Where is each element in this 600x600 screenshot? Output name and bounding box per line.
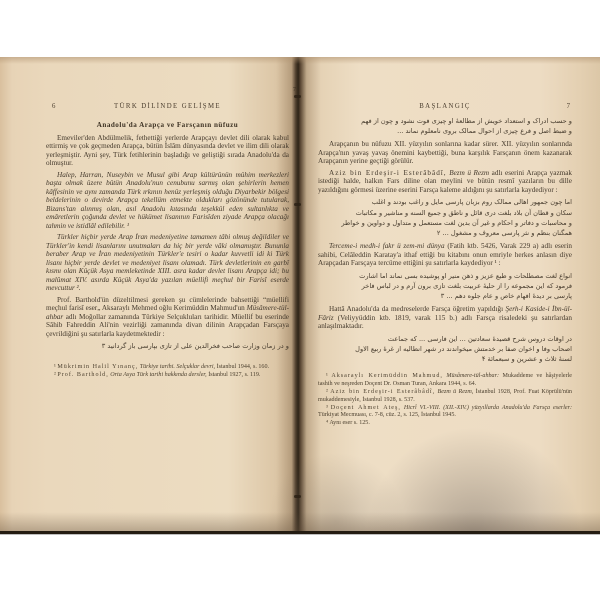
footnote-author: Aziz bin Erdeşir-i Esterâbâdî, xyxy=(330,389,435,395)
persian-quote-block-rum: اما چون جمهور اهالی ممالک روم بزبان پارس… xyxy=(318,197,572,238)
right-footnotes: ¹ Aksaraylı Kerimüddin Mahmud, Müsâmere-… xyxy=(318,373,572,428)
footnote-title: Türkiye tarihi. Selçuklar devri, xyxy=(140,364,215,370)
binding-thread-icon xyxy=(294,95,301,98)
paragraph-quotation-1: Halep, Harran, Nuseybin ve Musul gibi Ar… xyxy=(46,171,289,230)
persian-line: سکان و قطان آن بلاد بلغت دری قائل و ناطق… xyxy=(318,208,572,218)
footnote: ² Prof. Barthold, Orta Asya Türk tarihi … xyxy=(46,372,289,380)
cited-book-title: Bezm ü Rezm xyxy=(449,169,489,177)
persian-quote-line: و در زمان وزارت صاحب فخرالدین علی از تاز… xyxy=(46,341,289,351)
paragraph-text: Hattâ Anadolu'da da medreselerde Farsça … xyxy=(329,305,503,313)
left-running-title: TÜRK DİLİNDE GELİŞME xyxy=(114,103,221,110)
paragraph-intro: Emeviler'den Abdülmelik, fethettiği yerl… xyxy=(46,134,289,168)
footnote-title: Hicrî VI.-VIII. (XII.-XIV.) yüzyıllarda … xyxy=(404,405,572,411)
persian-line: فرمود که این مجموعه را از حلیهٔ عربیت بل… xyxy=(318,281,572,291)
paragraph-hatta: Hattâ Anadolu'da da medreselerde Farsça … xyxy=(318,305,572,330)
right-page-number: 7 xyxy=(567,103,570,110)
persian-line: اما چون جمهور اهالی ممالک روم بزبان پارس… xyxy=(318,197,572,207)
persian-line: لسنهٔ ثلاث و عشرین و سبعمائة ۴ xyxy=(318,354,572,364)
footnote-text: İstanbul 1927, s. 119. xyxy=(208,372,260,378)
footnote: ¹ Mükrimin Halil Yınanç, Türkiye tarihi.… xyxy=(46,364,289,372)
persian-line: اصحاب وفا و اخوان صفا بر خدمتش میخواندند… xyxy=(318,344,572,354)
persian-quote-block-top: و حسب ادراک و استعداد خویش از مطالعهٔ او… xyxy=(318,116,572,136)
footnote-marker: ¹ xyxy=(54,364,56,370)
footnote-author: Mükrimin Halil Yınanç, xyxy=(57,364,138,370)
footnote-title: Müsâmere-tül-ahbar: xyxy=(446,373,499,379)
footnote: ⁴ Aynı eser s. 125. xyxy=(318,420,572,428)
cited-book-title: Terceme-i medh-i fakr ü zem-mi dünya xyxy=(329,242,445,250)
footnote: ² Aziz bin Erdeşir-i Esterâbâdî, Bezm ü … xyxy=(318,389,572,405)
persian-line: انواع لغت مصطلحات و طبع عزیز و ذهن منیر … xyxy=(318,271,572,281)
persian-line: و ضبط اصل و فرع چیزی از احوال ممالک بروی… xyxy=(318,126,572,136)
persian-quote-block-enva: انواع لغت مصطلحات و طبع عزیز و ذهن منیر … xyxy=(318,271,572,302)
paragraph-terceme: Terceme-i medh-i fakr ü zem-mi dünya (Fa… xyxy=(318,242,572,267)
binding-thread-icon xyxy=(294,203,301,206)
persian-quote-block-ders: در اوقات دروس شرح قصیدهٔ سعادتین ... این… xyxy=(318,334,572,365)
section-heading: Anadolu'da Arapça ve Farsçanın nüfuzu xyxy=(46,121,289,129)
footnote-title: Bezm ü Rezm, xyxy=(438,389,474,395)
footnote-marker: ¹ xyxy=(326,373,328,379)
left-footnotes: ¹ Mükrimin Halil Yınanç, Türkiye tarihi.… xyxy=(46,364,289,380)
footnote-marker: ³ xyxy=(326,405,328,411)
open-book-photo: 7 6 TÜRK DİLİNDE GELİŞME Anadolu'da Arap… xyxy=(0,57,600,534)
paragraph-text: adlı Moğollar zamanında Türkiye Selçuklu… xyxy=(46,313,289,338)
footnote-author: Prof. Barthold, xyxy=(57,372,108,378)
footnote: ³ Doçent Ahmet Ateş, Hicrî VI.-VIII. (XI… xyxy=(318,405,572,421)
paragraph-text: (Veliyyüddin ktb. 1819, varak 115 b.) ad… xyxy=(318,314,572,330)
persian-line: پارسی بر دیدهٔ افهام خاص و عام جلوه دهم … xyxy=(318,291,572,301)
footnote-marker: ⁴ xyxy=(326,420,328,426)
footnote-text: İstanbul 1944, s. 160. xyxy=(217,364,269,370)
persian-line: و محاسبات و دفاتر و احکام و غیر آن بدین … xyxy=(318,218,572,228)
left-page-number: 6 xyxy=(52,103,55,110)
author-name: Aziz bin Erdeşir-i Esterâbâdî, xyxy=(329,169,447,177)
book-spine: 7 xyxy=(292,57,304,531)
persian-line: در اوقات دروس شرح قصیدهٔ سعادتین ... این… xyxy=(318,334,572,344)
footnote-author: Doçent Ahmet Ateş, xyxy=(331,405,401,411)
footnote-marker: ² xyxy=(326,389,328,395)
binding-thread-icon xyxy=(294,495,301,498)
right-page-header: BAŞLANGIÇ 7 xyxy=(318,103,572,113)
left-page-header: 6 TÜRK DİLİNDE GELİŞME xyxy=(46,103,289,113)
paragraph-aziz: Aziz bin Erdeşir-i Esterâbâdî, Bezm ü Re… xyxy=(318,169,572,194)
persian-line: و حسب ادراک و استعداد خویش از مطالعهٔ او… xyxy=(318,116,572,126)
right-running-title: BAŞLANGIÇ xyxy=(419,103,471,110)
footnote-author: Aksaraylı Kerimüddin Mahmud, xyxy=(331,373,443,379)
footnote-title: Orta Asya Türk tarihi hakkında dersler, xyxy=(110,372,206,378)
footnote-text: Türkiyat Mecmuası, c. 7-8, cüz. 2, s. 12… xyxy=(318,412,456,418)
footnote: ¹ Aksaraylı Kerimüddin Mahmud, Müsâmere-… xyxy=(318,373,572,389)
gutter-signature-mark: 7 xyxy=(293,87,296,93)
left-page: 6 TÜRK DİLİNDE GELİŞME Anadolu'da Arapça… xyxy=(46,103,289,380)
paragraph-nufuz: Arapçanın bu nüfuzu XII. yüzyılın sonlar… xyxy=(318,140,572,165)
paragraph-quotation-2: Türkler hiçbir yerde Arap İran medeniyet… xyxy=(46,233,289,292)
paragraph-barthold: Prof. Barthold'ün düzeltilmesi gereken ş… xyxy=(46,296,289,338)
persian-line: همگنان بنظم و نثر پارسی معروف و مشغول ..… xyxy=(318,228,572,238)
footnote-marker: ² xyxy=(54,372,56,378)
footnote-text: Aynı eser s. 125. xyxy=(329,420,370,426)
right-page: BAŞLANGIÇ 7 و حسب ادراک و استعداد خویش ا… xyxy=(318,103,572,428)
